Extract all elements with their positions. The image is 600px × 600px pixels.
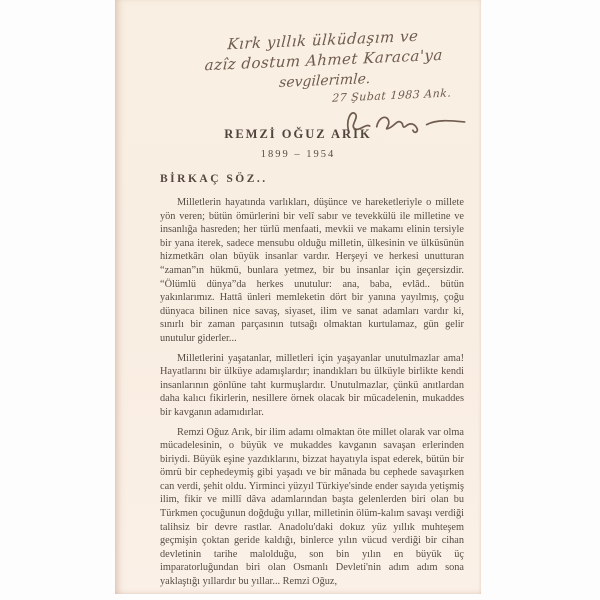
body-text: Milletlerin hayatında varlıkları, düşünc… bbox=[160, 196, 464, 589]
body-paragraph-1: Milletlerin hayatında varlıkları, düşünc… bbox=[160, 196, 464, 346]
body-paragraph-2: Milletlerini yaşatanlar, milletleri için… bbox=[160, 352, 464, 420]
body-paragraph-3: Remzi Oğuz Arık, bir ilim adamı olmaktan… bbox=[160, 426, 464, 589]
page-title: REMZİ OĞUZ ARIK bbox=[115, 127, 481, 142]
section-heading: BİRKAÇ SÖZ.. bbox=[160, 173, 268, 185]
life-dates: 1899 – 1954 bbox=[115, 149, 481, 160]
book-page: Kırk yıllık ülküdaşım ve azîz dostum Ahm… bbox=[115, 0, 481, 594]
title-block: REMZİ OĞUZ ARIK 1899 – 1954 bbox=[115, 127, 481, 160]
book-photo: Kırk yıllık ülküdaşım ve azîz dostum Ahm… bbox=[0, 0, 600, 600]
